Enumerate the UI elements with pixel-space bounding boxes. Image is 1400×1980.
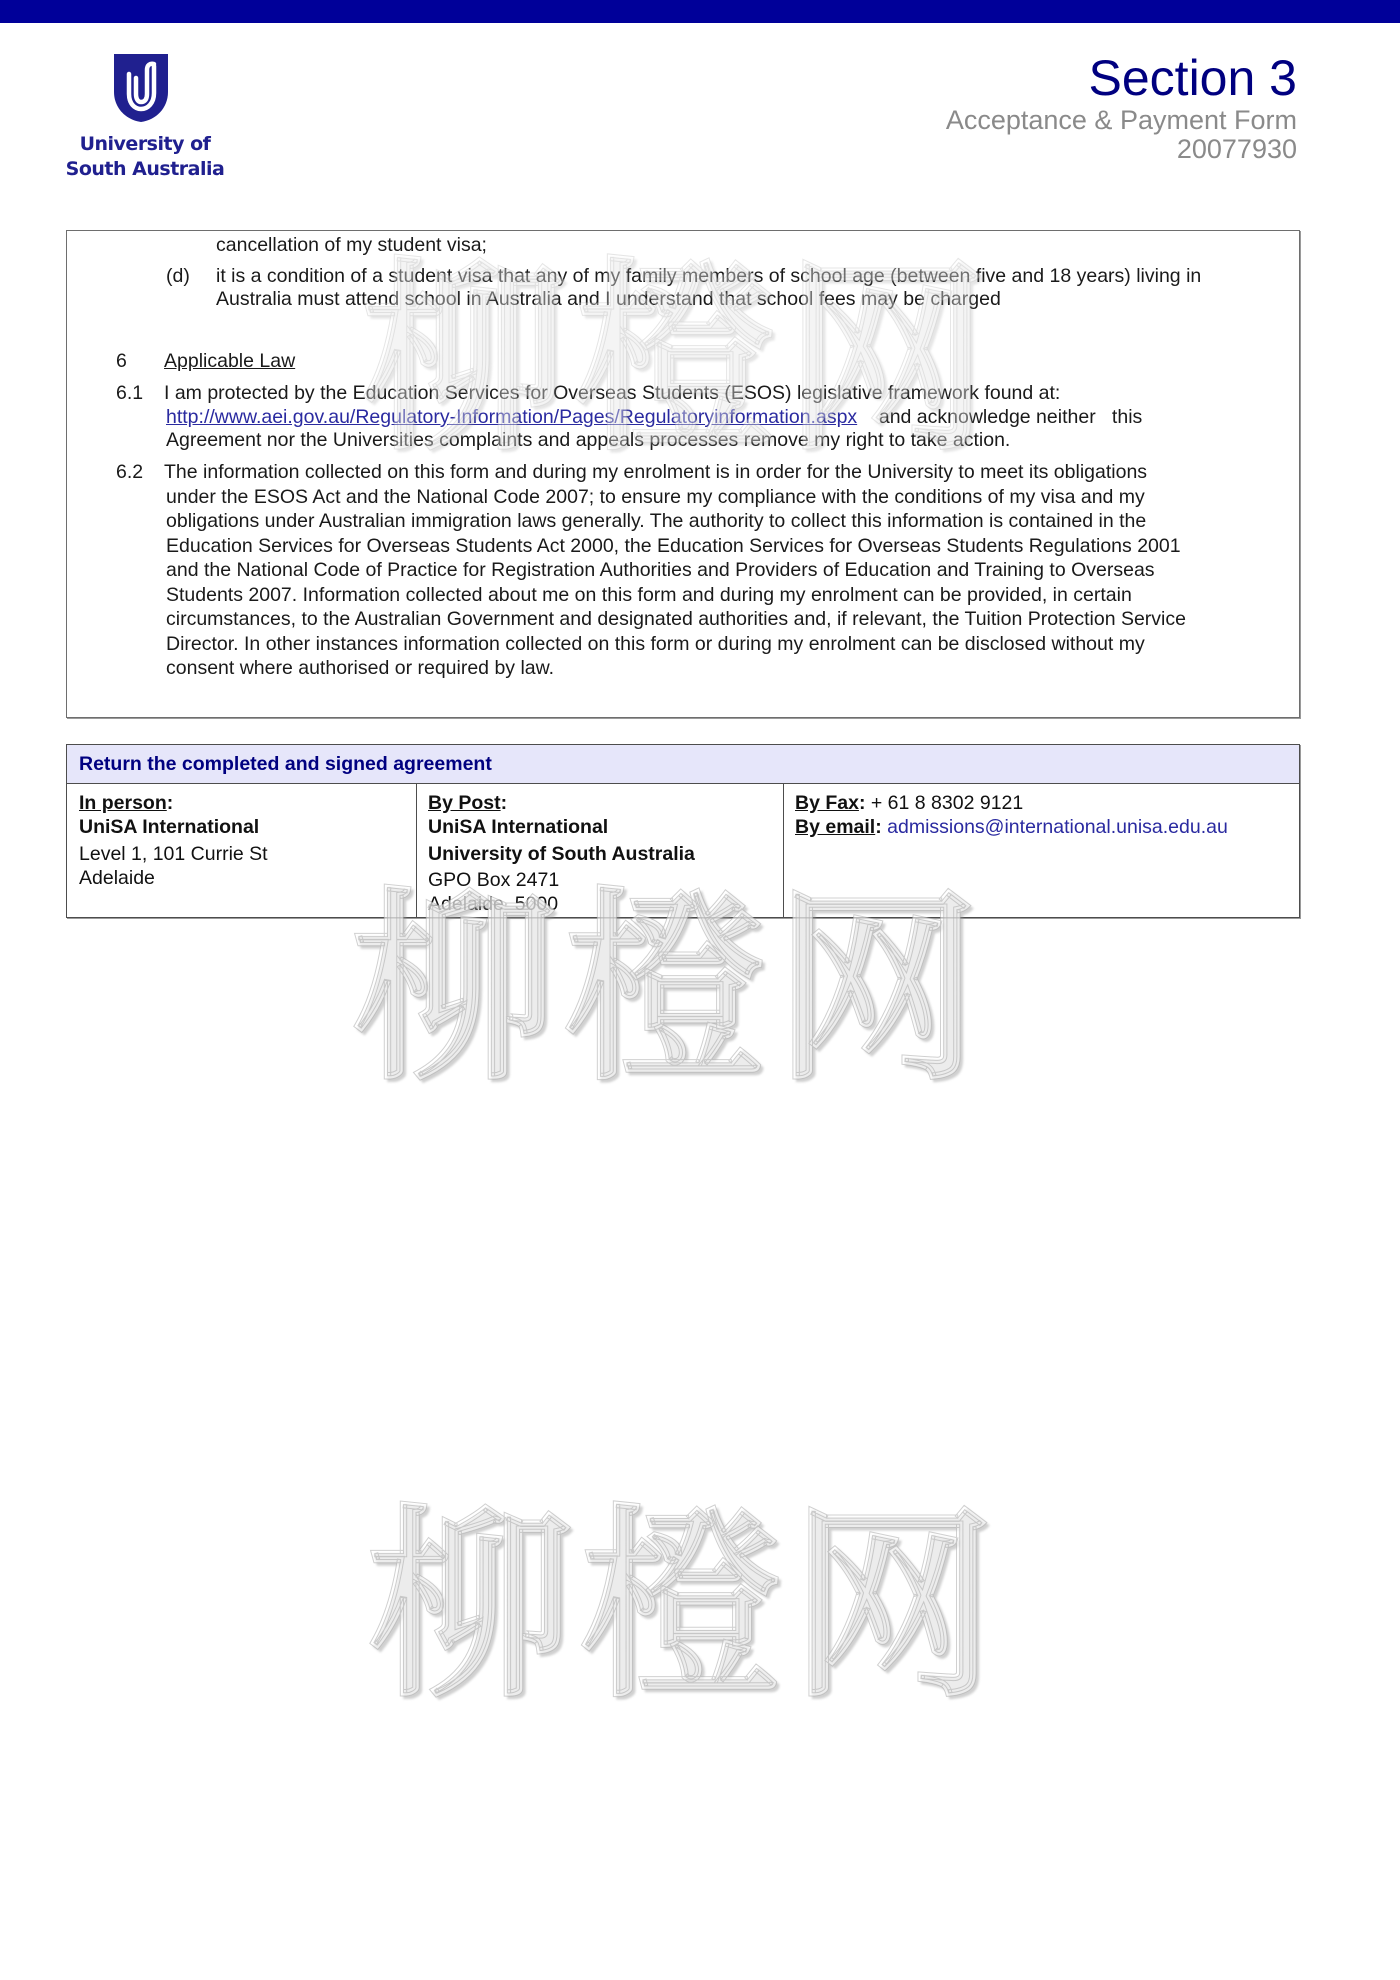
clause-6-2-number: 6.2 (116, 460, 143, 484)
in-person-cell: In person: UniSA International Level 1, … (79, 791, 268, 890)
in-person-address-1: Level 1, 101 Currie St (79, 842, 268, 866)
clause-6-1-line-1: I am protected by the Education Services… (164, 381, 1060, 405)
logo-line-1: University of (60, 132, 230, 157)
return-table-header: Return the completed and signed agreemen… (67, 745, 1299, 784)
item-d-line-2: Australia must attend school in Australi… (216, 287, 1001, 311)
document-header: Section 3 Acceptance & Payment Form 2007… (946, 50, 1297, 164)
continued-clause-text: cancellation of my student visa; (216, 233, 487, 257)
in-person-org: UniSA International (79, 815, 268, 839)
logo-line-2: South Australia (60, 157, 230, 182)
clause-6-2-line: under the ESOS Act and the National Code… (164, 485, 1294, 510)
email-address-link[interactable]: admissions@international.unisa.edu.au (887, 816, 1228, 838)
form-id: 20077930 (946, 134, 1297, 164)
clause-6-2-text: The information collected on this form a… (164, 460, 1294, 681)
by-post-cell: By Post: UniSA International University … (428, 791, 695, 916)
clause-6-2-line: Education Services for Overseas Students… (164, 534, 1294, 559)
top-brand-bar (0, 0, 1400, 23)
fax-label: By Fax (795, 792, 859, 814)
return-table-title: Return the completed and signed agreemen… (79, 753, 492, 776)
university-logo: University of South Australia (60, 52, 230, 182)
watermark: 柳橙网 (368, 1502, 1001, 1712)
return-instructions-table: Return the completed and signed agreemen… (66, 744, 1300, 918)
form-name: Acceptance & Payment Form (946, 106, 1297, 134)
by-post-address-2: Adelaide 5000 (428, 892, 695, 916)
by-post-org: UniSA International (428, 815, 695, 839)
clause-6-1-line-2: http://www.aei.gov.au/Regulatory-Informa… (166, 405, 1142, 429)
section-title: Section 3 (946, 50, 1297, 106)
item-d-label: (d) (166, 264, 190, 288)
clause-6-1-number: 6.1 (116, 381, 143, 405)
clause-6-2-line: and the National Code of Practice for Re… (164, 558, 1294, 583)
in-person-label: In person (79, 792, 167, 814)
agreement-terms-box: cancellation of my student visa; (d) it … (66, 230, 1300, 718)
clause-6-2-line: obligations under Australian immigration… (164, 509, 1294, 534)
clause-6-2-line: The information collected on this form a… (164, 460, 1294, 485)
in-person-address-2: Adelaide (79, 866, 268, 890)
by-post-label: By Post (428, 792, 501, 814)
by-post-address-1: GPO Box 2471 (428, 868, 695, 892)
section-6-number: 6 (116, 349, 127, 373)
clause-6-1-line-3: Agreement nor the Universities complaint… (166, 428, 1010, 452)
item-d-line-1: it is a condition of a student visa that… (216, 264, 1201, 288)
electronic-cell: By Fax: + 61 8 8302 9121 By email: admis… (795, 791, 1228, 839)
column-divider (416, 784, 417, 917)
esos-framework-link[interactable]: http://www.aei.gov.au/Regulatory-Informa… (166, 406, 857, 428)
email-label: By email (795, 816, 875, 838)
clause-6-2-line: Students 2007. Information collected abo… (164, 583, 1294, 608)
fax-number: + 61 8 8302 9121 (871, 792, 1023, 814)
clause-6-1-line-2-rest: and acknowledge neither this (879, 406, 1142, 428)
by-post-university: University of South Australia (428, 842, 695, 866)
unisa-shield-icon (112, 52, 170, 124)
clause-6-2-line: Director. In other instances information… (164, 632, 1294, 657)
column-divider (783, 784, 784, 917)
clause-6-2-line: circumstances, to the Australian Governm… (164, 607, 1294, 632)
clause-6-2-line: consent where authorised or required by … (164, 656, 1294, 681)
section-6-heading: Applicable Law (164, 349, 295, 373)
